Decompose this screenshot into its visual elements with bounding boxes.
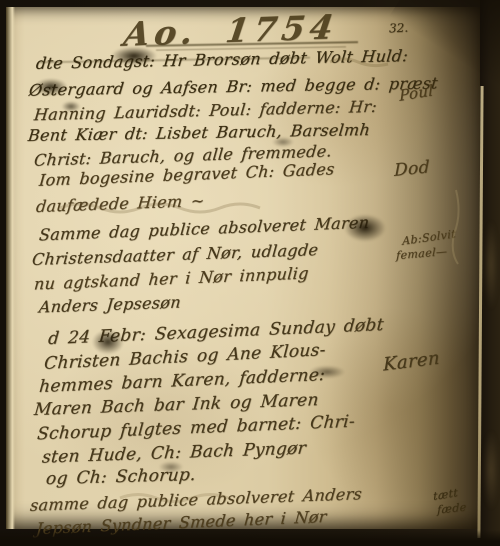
ink-blot — [336, 209, 394, 247]
ink-blot — [86, 325, 130, 359]
handwriting-layer: Ao. 1754 32. dte Sondagst: Hr Brorsøn dø… — [6, 7, 480, 529]
margin-note-bottom-1: tætt — [433, 486, 459, 503]
margin-note-bottom-2: fæde — [437, 500, 466, 516]
register-page-photo: Ao. 1754 32. dte Sondagst: Hr Brorsøn dø… — [0, 0, 500, 546]
text-line: Samme dag publice absolveret Maren — [38, 213, 370, 245]
ink-blot — [102, 43, 166, 69]
text-line: Østergaard og Aafsen Br: med begge d: pr… — [28, 73, 439, 99]
margin-note-karen: Karen — [383, 347, 440, 375]
margin-note-poul: Poul — [399, 81, 434, 104]
ink-smudge — [268, 135, 298, 149]
bottom-shadow — [0, 530, 500, 546]
margin-note-death: Dod — [394, 157, 430, 181]
ink-smudge — [58, 99, 84, 114]
ink-blot — [28, 75, 74, 99]
text-line: daufædede Hiem ~ — [35, 191, 205, 216]
manuscript-page: Ao. 1754 32. dte Sondagst: Hr Brorsøn dø… — [6, 7, 480, 529]
ink-smudge — [302, 363, 352, 381]
gutter-texture — [484, 220, 498, 310]
text-line: Anders Jepsesøn — [38, 292, 182, 316]
ink-smudge — [154, 459, 188, 475]
margin-note-absolvit: Ab:Solvit — [402, 227, 456, 248]
text-line: nu agtskand her i Nør innpulig — [33, 263, 309, 293]
gutter-texture — [483, 430, 499, 510]
